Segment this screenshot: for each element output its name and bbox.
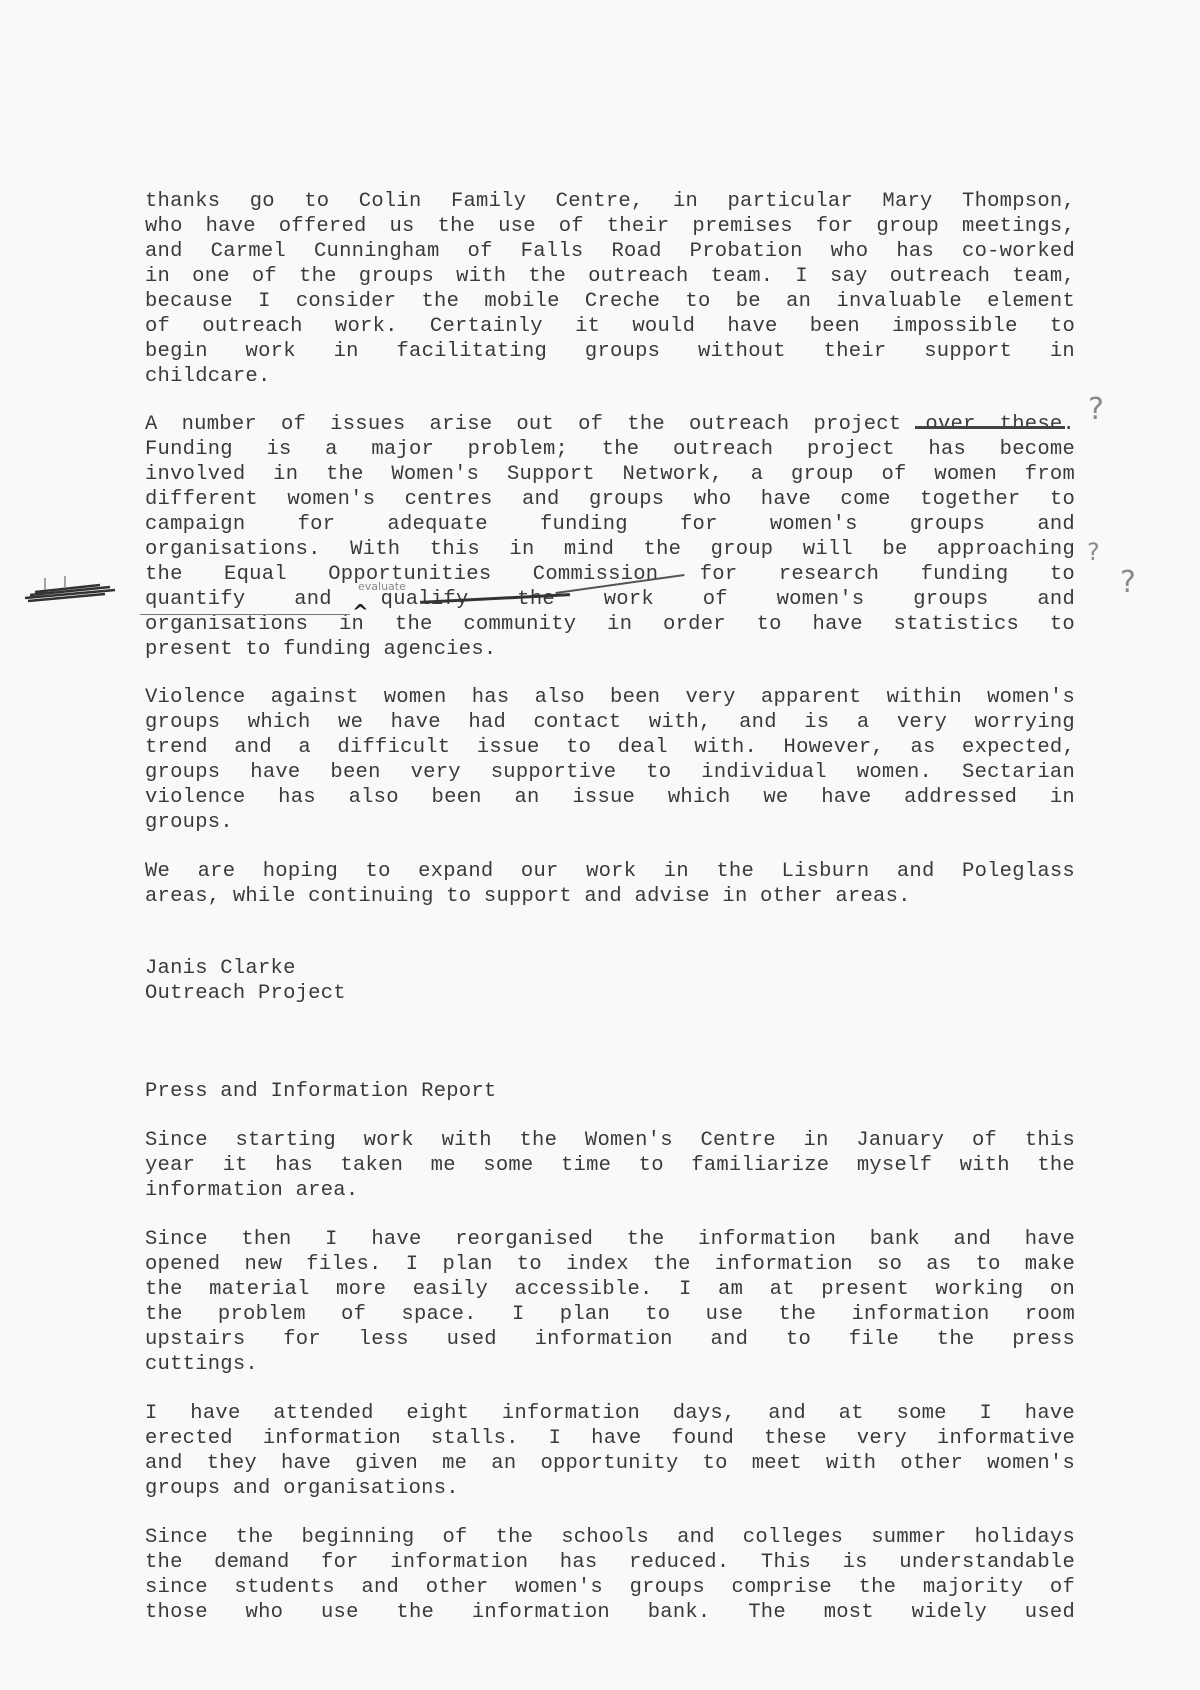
text-line: childcare. (145, 365, 1075, 389)
text-line: the problem of space. I plan to use the … (145, 1303, 1075, 1327)
text-line: those who use the information bank. The … (145, 1601, 1075, 1625)
document-page: thanks go to Colin Family Centre, in par… (0, 0, 1200, 1690)
text-line: Since then I have reorganised the inform… (145, 1228, 1075, 1252)
text-line: groups. (145, 811, 1075, 835)
text-line: organisations in the community in order … (145, 613, 1075, 637)
text-line: Since the beginning of the schools and c… (145, 1526, 1075, 1550)
text-line: cuttings. (145, 1353, 1075, 1377)
text-line: since students and other women's groups … (145, 1576, 1075, 1600)
text-line: We are hoping to expand our work in the … (145, 860, 1075, 884)
signature-name: Janis Clarke (145, 957, 1075, 981)
text-line: and they have given me an opportunity to… (145, 1452, 1075, 1476)
margin-scribble (20, 570, 120, 610)
section-heading: Press and Information Report (145, 1080, 1075, 1104)
text-line: quantify and qualify the work of women's… (145, 588, 1075, 612)
text-line: information area. (145, 1179, 1075, 1203)
text-line: opened new files. I plan to index the in… (145, 1253, 1075, 1277)
question-mark-annotation: ? (1088, 392, 1104, 427)
text-line: begin work in facilitating groups withou… (145, 340, 1075, 364)
question-mark-annotation: ? (1087, 538, 1100, 566)
underline-mark (140, 614, 350, 615)
text-line: campaign for adequate funding for women'… (145, 513, 1075, 537)
text-line: areas, while continuing to support and a… (145, 885, 1075, 909)
text-line: present to funding agencies. (145, 638, 1075, 662)
text-line: upstairs for less used information and t… (145, 1328, 1075, 1352)
text-line: groups which we have had contact with, a… (145, 711, 1075, 735)
text-line: thanks go to Colin Family Centre, in par… (145, 190, 1075, 214)
text-line: A number of issues arise out of the outr… (145, 413, 1075, 437)
text-line: involved in the Women's Support Network,… (145, 463, 1075, 487)
text-line: the material more easily accessible. I a… (145, 1278, 1075, 1302)
text-line: organisations. With this in mind the gro… (145, 538, 1075, 562)
text-line: trend and a difficult issue to deal with… (145, 736, 1075, 760)
text-line: because I consider the mobile Creche to … (145, 290, 1075, 314)
question-mark-annotation: ? (1120, 565, 1136, 600)
text-line: of outreach work. Certainly it would hav… (145, 315, 1075, 339)
strikethrough-mark (915, 426, 1065, 429)
handwritten-insertion: evaluate (358, 580, 406, 593)
text-line: groups and organisations. (145, 1477, 1075, 1501)
text-line: violence has also been an issue which we… (145, 786, 1075, 810)
text-line: groups have been very supportive to indi… (145, 761, 1075, 785)
text-line: Funding is a major problem; the outreach… (145, 438, 1075, 462)
text-line: who have offered us the use of their pre… (145, 215, 1075, 239)
text-line: year it has taken me some time to famili… (145, 1154, 1075, 1178)
caret-insertion-icon: ^ (352, 600, 369, 624)
text-line: and Carmel Cunningham of Falls Road Prob… (145, 240, 1075, 264)
text-line: the demand for information has reduced. … (145, 1551, 1075, 1575)
text-line: Violence against women has also been ver… (145, 686, 1075, 710)
text-line: erected information stalls. I have found… (145, 1427, 1075, 1451)
signature-role: Outreach Project (145, 982, 1075, 1006)
text-line: different women's centres and groups who… (145, 488, 1075, 512)
text-line: in one of the groups with the outreach t… (145, 265, 1075, 289)
text-line: Since starting work with the Women's Cen… (145, 1129, 1075, 1153)
text-line: I have attended eight information days, … (145, 1402, 1075, 1426)
